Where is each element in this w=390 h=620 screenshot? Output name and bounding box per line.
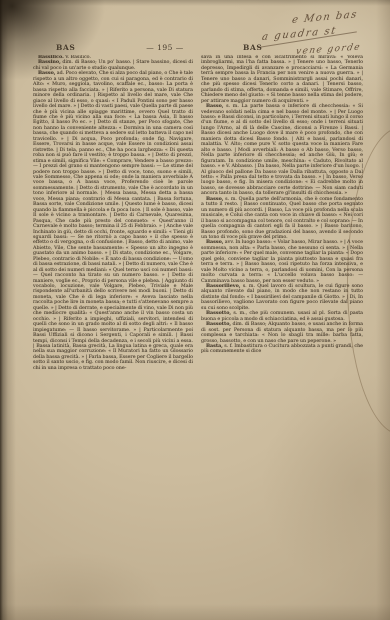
entry-headword: Basta, <box>206 343 223 349</box>
entry-headword: Basso, <box>206 196 223 202</box>
dictionary-entry: Bassino, dim. di Basso; Un po' basso. | … <box>33 60 193 71</box>
entry-headword: Bassorilievo, <box>206 283 240 289</box>
dictionary-entry: Bassotto, dim. di Basso; Alquanto basso,… <box>201 322 363 344</box>
scanned-page: BAS — 195 — BAS Bassilico. V. Basilico.B… <box>0 0 390 620</box>
handwritten-annotation: e Mon bas <box>291 9 359 26</box>
entry-headword: Bassotto, <box>206 310 231 316</box>
dictionary-entry: Basso, s. m. La parte bassa o inferiore … <box>201 104 363 197</box>
dictionary-entry: Bassorilievo, s. m. Quel lavoro di scult… <box>201 284 363 311</box>
entry-headword: Basso, <box>38 70 55 76</box>
entry-headword: Bassino, <box>38 59 61 65</box>
page-number: — 195 — <box>138 43 192 52</box>
dictionary-entry: Basso, s. m. Quella parte dell'armonia, … <box>201 197 363 241</box>
header-catchword-left: BAS <box>56 43 75 52</box>
text-column-right: sava in una intesa e con iscaltrimento s… <box>201 55 363 547</box>
dictionary-entry: Basta, s. f. Imbastitura o Cucitura abbo… <box>201 344 363 355</box>
entry-headword: Basso, <box>206 239 223 245</box>
entry-headword: Bassotto, <box>206 321 231 327</box>
entry-continuation: sava in una intesa e con iscaltrimento s… <box>201 55 363 104</box>
dictionary-entry: Basso, avv. In luogo basso: « Volar bass… <box>201 240 363 284</box>
text-column-left: Bassilico. V. Basilico.Bassino, dim. di … <box>33 55 193 547</box>
dictionary-entry: Basso, ad. Poco elevato, Che si alza poc… <box>33 71 193 371</box>
entry-headword: Basso, <box>206 103 223 109</box>
